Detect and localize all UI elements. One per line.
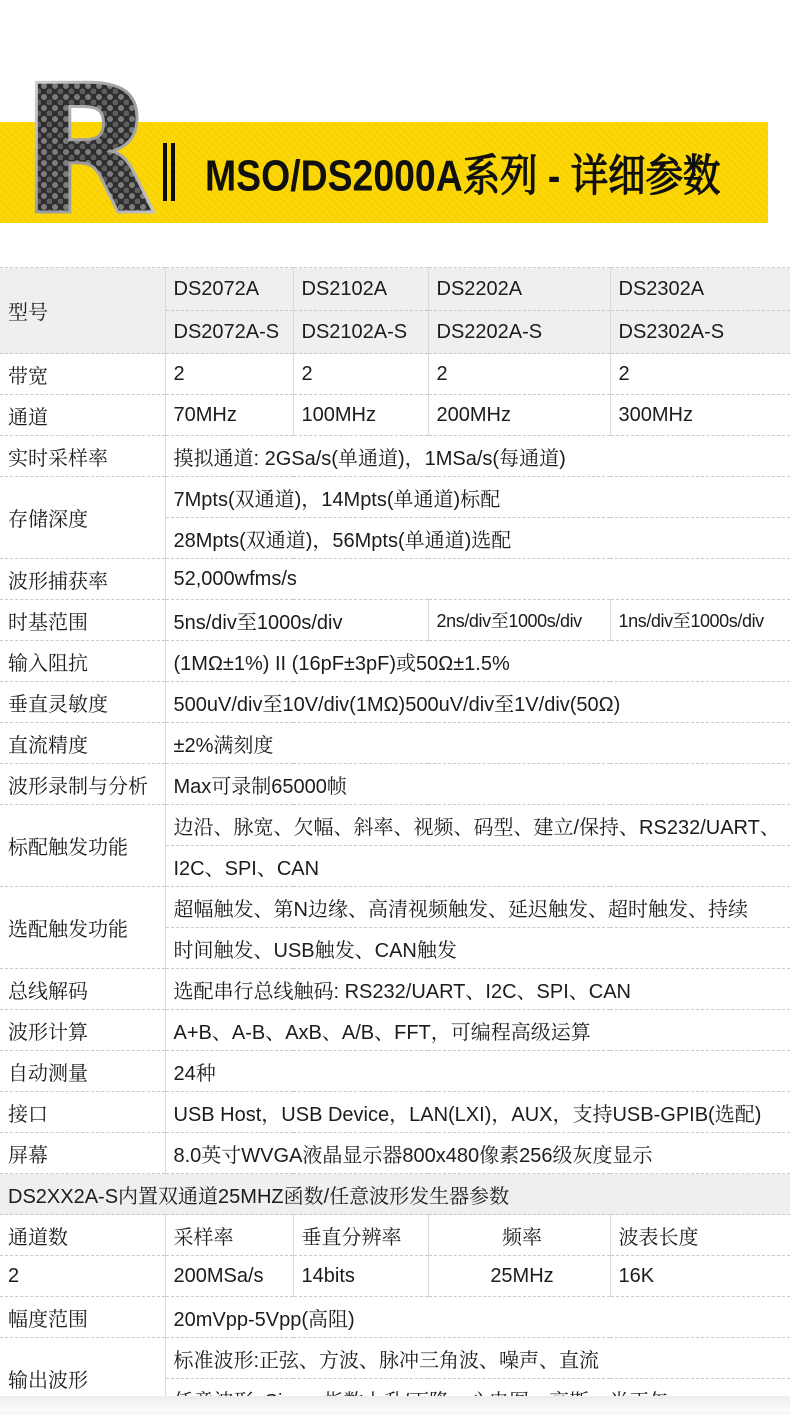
spec-value-cell: 25MHz [428, 1256, 610, 1297]
spec-label-cell: 时基范围 [0, 600, 165, 641]
table-row-std-trigger: 标配触发功能 边沿、脉宽、欠幅、斜率、视频、码型、建立/保持、RS232/UAR… [0, 805, 790, 846]
spec-value-cell: 选配串行总线触码: RS232/UART、I2C、SPI、CAN [165, 969, 790, 1010]
spec-label-cell: 接口 [0, 1092, 165, 1133]
table-row-channel: 通道 70MHz 100MHz 200MHz 300MHz [0, 395, 790, 436]
spec-label-cell: 波形录制与分析 [0, 764, 165, 805]
spec-value-cell: 20mVpp-5Vpp(高阻) [165, 1297, 790, 1338]
table-row-record: 波形录制与分析 Max可录制65000帧 [0, 764, 790, 805]
spec-value-cell: 70MHz [165, 395, 293, 436]
spec-label-cell: 输入阻抗 [0, 641, 165, 682]
table-row-model: 型号 DS2072A DS2102A DS2202A DS2302A [0, 268, 790, 311]
spec-value-cell: 摸拟通道: 2GSa/s(单通道)，1MSa/s(每通道) [165, 436, 790, 477]
spec-value-cell: 16K [610, 1256, 790, 1297]
spec-value-cell: 2 [0, 1256, 165, 1297]
spec-label-cell: 自动测量 [0, 1051, 165, 1092]
spec-label-cell: 通道 [0, 395, 165, 436]
table-row-auto-measure: 自动测量 24种 [0, 1051, 790, 1092]
spec-header-cell: 采样率 [165, 1215, 293, 1256]
generator-section-title: DS2XX2A-S内置双通道25MHZ函数/任意波形发生器参数 [0, 1174, 790, 1215]
table-row-input-impedance: 输入阻抗 (1MΩ±1%) II (16pF±3pF)或50Ω±1.5% [0, 641, 790, 682]
spec-value-cell: I2C、SPI、CAN [165, 846, 790, 887]
spec-label-cell: 带宽 [0, 354, 165, 395]
spec-label-cell: 直流精度 [0, 723, 165, 764]
bottom-edge-shade [0, 1396, 790, 1415]
table-row-memory-depth: 存储深度 7Mpts(双通道)，14Mpts(单通道)标配 [0, 477, 790, 518]
spec-value-cell: DS2102A [293, 268, 428, 311]
table-row-dc-accuracy: 直流精度 ±2%满刻度 [0, 723, 790, 764]
spec-value-cell: 300MHz [610, 395, 790, 436]
spec-value-cell: 100MHz [293, 395, 428, 436]
spec-value-cell: 24种 [165, 1051, 790, 1092]
table-row-sample-rate: 实时采样率 摸拟通道: 2GSa/s(单通道)，1MSa/s(每通道) [0, 436, 790, 477]
spec-value-cell: A+B、A-B、AxB、A/B、FFT，可编程高级运算 [165, 1010, 790, 1051]
spec-value-cell: DS2072A [165, 268, 293, 311]
table-row-math: 波形计算 A+B、A-B、AxB、A/B、FFT，可编程高级运算 [0, 1010, 790, 1051]
spec-value-cell: 时间触发、USB触发、CAN触发 [165, 928, 790, 969]
table-row-generator-headers: 通道数 采样率 垂直分辨率 频率 波表长度 [0, 1215, 790, 1256]
table-row-opt-trigger: 选配触发功能 超幅触发、第N边缘、高清视频触发、延迟触发、超时触发、持续 [0, 887, 790, 928]
spec-value-cell: 2 [293, 354, 428, 395]
spec-value-cell: 2 [610, 354, 790, 395]
spec-value-cell: 8.0英寸WVGA液晶显示器800x480像素256级灰度显示 [165, 1133, 790, 1174]
spec-value-cell: DS2302A-S [610, 311, 790, 354]
spec-value-cell: 14bits [293, 1256, 428, 1297]
logo-letter: R [20, 47, 157, 254]
spec-value-cell: 200MHz [428, 395, 610, 436]
table-row-bus-decode: 总线解码 选配串行总线触码: RS232/UART、I2C、SPI、CAN [0, 969, 790, 1010]
table-row-generator-section: DS2XX2A-S内置双通道25MHZ函数/任意波形发生器参数 [0, 1174, 790, 1215]
spec-label-cell: 总线解码 [0, 969, 165, 1010]
spec-value-cell: 标准波形:正弦、方波、脉冲三角波、噪声、直流 [165, 1338, 790, 1379]
spec-header-cell: 频率 [428, 1215, 610, 1256]
spec-label-cell: 幅度范围 [0, 1297, 165, 1338]
spec-value-cell: 52,000wfms/s [165, 559, 790, 600]
table-row-timebase: 时基范围 5ns/div至1000s/div 2ns/div至1000s/div… [0, 600, 790, 641]
brand-logo-svg: R [8, 72, 173, 222]
spec-value-cell: USB Host，USB Device，LAN(LXI)，AUX，支持USB-G… [165, 1092, 790, 1133]
spec-sheet-page: MSO/DS2000A系列 - 详细参数 R [0, 0, 790, 1415]
spec-value-cell: 2ns/div至1000s/div [428, 600, 610, 641]
spec-label-cell: 选配触发功能 [0, 887, 165, 969]
spec-label-cell: 存储深度 [0, 477, 165, 559]
spec-header-cell: 垂直分辨率 [293, 1215, 428, 1256]
spec-value-cell: 超幅触发、第N边缘、高清视频触发、延迟触发、超时触发、持续 [165, 887, 790, 928]
spec-value-cell: DS2202A [428, 268, 610, 311]
spec-label-cell: 垂直灵敏度 [0, 682, 165, 723]
spec-value-cell: 1ns/div至1000s/div [610, 600, 790, 641]
spec-value-cell: 2 [165, 354, 293, 395]
table-row-capture-rate: 波形捕获率 52,000wfms/s [0, 559, 790, 600]
spec-label-cell: 波形捕获率 [0, 559, 165, 600]
table-row-generator-values: 2 200MSa/s 14bits 25MHz 16K [0, 1256, 790, 1297]
spec-value-cell: 28Mpts(双通道)，56Mpts(单通道)选配 [165, 518, 790, 559]
spec-value-cell: 500uV/div至10V/div(1MΩ)500uV/div至1V/div(5… [165, 682, 790, 723]
spec-label-cell: 型号 [0, 268, 165, 354]
spec-header-cell: 波表长度 [610, 1215, 790, 1256]
spec-value-cell: DS2202A-S [428, 311, 610, 354]
spec-value-cell: 200MSa/s [165, 1256, 293, 1297]
table-row-amplitude: 幅度范围 20mVpp-5Vpp(高阻) [0, 1297, 790, 1338]
spec-value-cell: 边沿、脉宽、欠幅、斜率、视频、码型、建立/保持、RS232/UART、 [165, 805, 790, 846]
table-row-display: 屏幕 8.0英寸WVGA液晶显示器800x480像素256级灰度显示 [0, 1133, 790, 1174]
page-title: MSO/DS2000A系列 - 详细参数 [205, 139, 720, 203]
spec-value-cell: 7Mpts(双通道)，14Mpts(单通道)标配 [165, 477, 790, 518]
spec-label-cell: 实时采样率 [0, 436, 165, 477]
spec-value-cell: Max可录制65000帧 [165, 764, 790, 805]
spec-label-cell: 波形计算 [0, 1010, 165, 1051]
spec-value-cell: DS2302A [610, 268, 790, 311]
spec-value-cell: (1MΩ±1%) II (16pF±3pF)或50Ω±1.5% [165, 641, 790, 682]
table-row-interface: 接口 USB Host，USB Device，LAN(LXI)，AUX，支持US… [0, 1092, 790, 1133]
spec-value-cell: 5ns/div至1000s/div [165, 600, 428, 641]
spec-table: 型号 DS2072A DS2102A DS2202A DS2302A DS207… [0, 267, 790, 1415]
brand-logo-r: R [8, 72, 173, 222]
spec-label-cell: 标配触发功能 [0, 805, 165, 887]
table-row-output-waveform: 输出波形 标准波形:正弦、方波、脉冲三角波、噪声、直流 [0, 1338, 790, 1379]
table-row-vertical-sensitivity: 垂直灵敏度 500uV/div至10V/div(1MΩ)500uV/div至1V… [0, 682, 790, 723]
spec-value-cell: 2 [428, 354, 610, 395]
table-row-bandwidth: 带宽 2 2 2 2 [0, 354, 790, 395]
spec-label-cell: 通道数 [0, 1215, 165, 1256]
spec-value-cell: ±2%满刻度 [165, 723, 790, 764]
spec-value-cell: DS2072A-S [165, 311, 293, 354]
spec-value-cell: DS2102A-S [293, 311, 428, 354]
spec-label-cell: 屏幕 [0, 1133, 165, 1174]
